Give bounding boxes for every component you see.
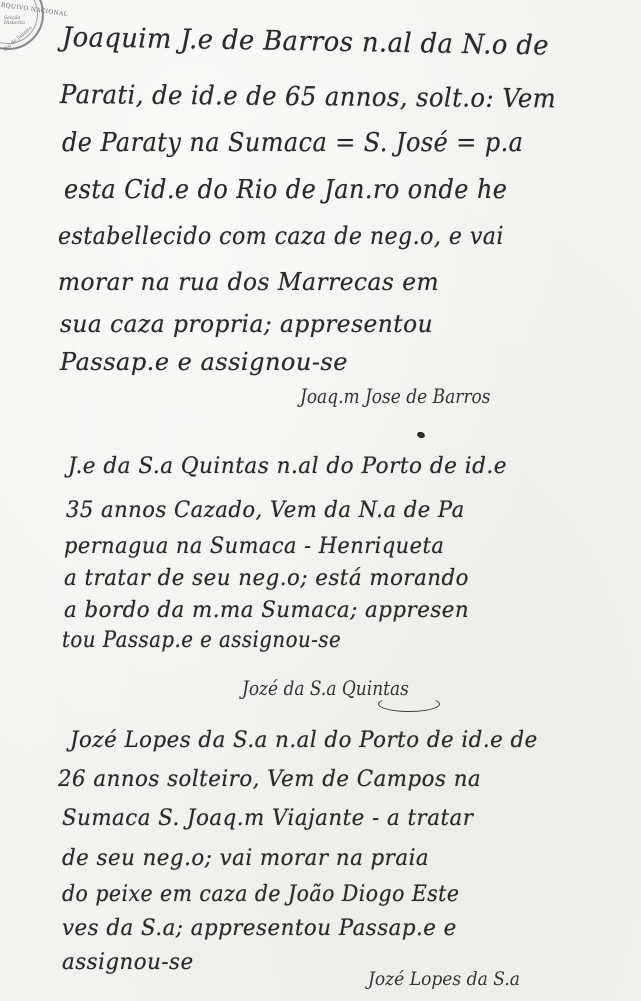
signature: Jozé Lopes da S.a bbox=[368, 968, 520, 990]
entry-line: J.e da S.a Quintas n.al do Porto de id.e bbox=[68, 454, 507, 479]
signature: Joaq.m Jose de Barros bbox=[300, 384, 490, 408]
signature: Jozé da S.a Quintas bbox=[242, 676, 409, 700]
entry-line: a tratar de seu neg.o; está morando bbox=[64, 566, 469, 591]
archive-stamp: ARQUIVO NACIONAL Secção Historica Rio de… bbox=[0, 0, 44, 50]
entry-line: ves da S.a; appresentou Passap.e e bbox=[62, 916, 457, 941]
stamp-center-text: Secção Historica bbox=[4, 16, 25, 26]
entry-line: tou Passap.e e assignou-se bbox=[62, 628, 341, 653]
document-page: ARQUIVO NACIONAL Secção Historica Rio de… bbox=[0, 0, 641, 1001]
entry-line: Jozé Lopes da S.a n.al do Porto de id.e … bbox=[70, 728, 538, 753]
ink-blot bbox=[416, 431, 426, 439]
stamp-bottom-text: Rio de Janeiro bbox=[2, 25, 33, 53]
entry-line: morar na rua dos Marrecas em bbox=[58, 268, 439, 296]
entry-line: Parati, de id.e de 65 annos, solt.o: Vem bbox=[60, 80, 556, 114]
entry-line: de seu neg.o; vai morar na praia bbox=[62, 846, 429, 871]
signature-flourish bbox=[378, 696, 440, 712]
entry-line: de Paraty na Sumaca = S. José = p.a bbox=[62, 128, 523, 158]
entry-line: Passap.e e assignou-se bbox=[60, 348, 348, 376]
entry-line: pernagua na Sumaca - Henriqueta bbox=[64, 534, 444, 559]
entry-line: estabellecido com caza de neg.o, e vai bbox=[58, 222, 504, 250]
entry-line: assignou-se bbox=[62, 950, 194, 975]
entry-line: sua caza propria; appresentou bbox=[60, 310, 433, 338]
entry-line: Sumaca S. Joaq.m Viajante - a tratar bbox=[62, 806, 473, 831]
entry-line: esta Cid.e do Rio de Jan.ro onde he bbox=[64, 175, 507, 205]
entry-line: Joaquim J.e de Barros n.al da N.o de bbox=[62, 22, 550, 61]
entry-line: 26 annos solteiro, Vem de Campos na bbox=[58, 767, 481, 792]
entry-line: 35 annos Cazado, Vem da N.a de Pa bbox=[66, 498, 465, 523]
entry-line: a bordo da m.ma Sumaca; appresen bbox=[64, 598, 469, 623]
entry-line: do peixe em caza de João Diogo Este bbox=[62, 882, 459, 907]
